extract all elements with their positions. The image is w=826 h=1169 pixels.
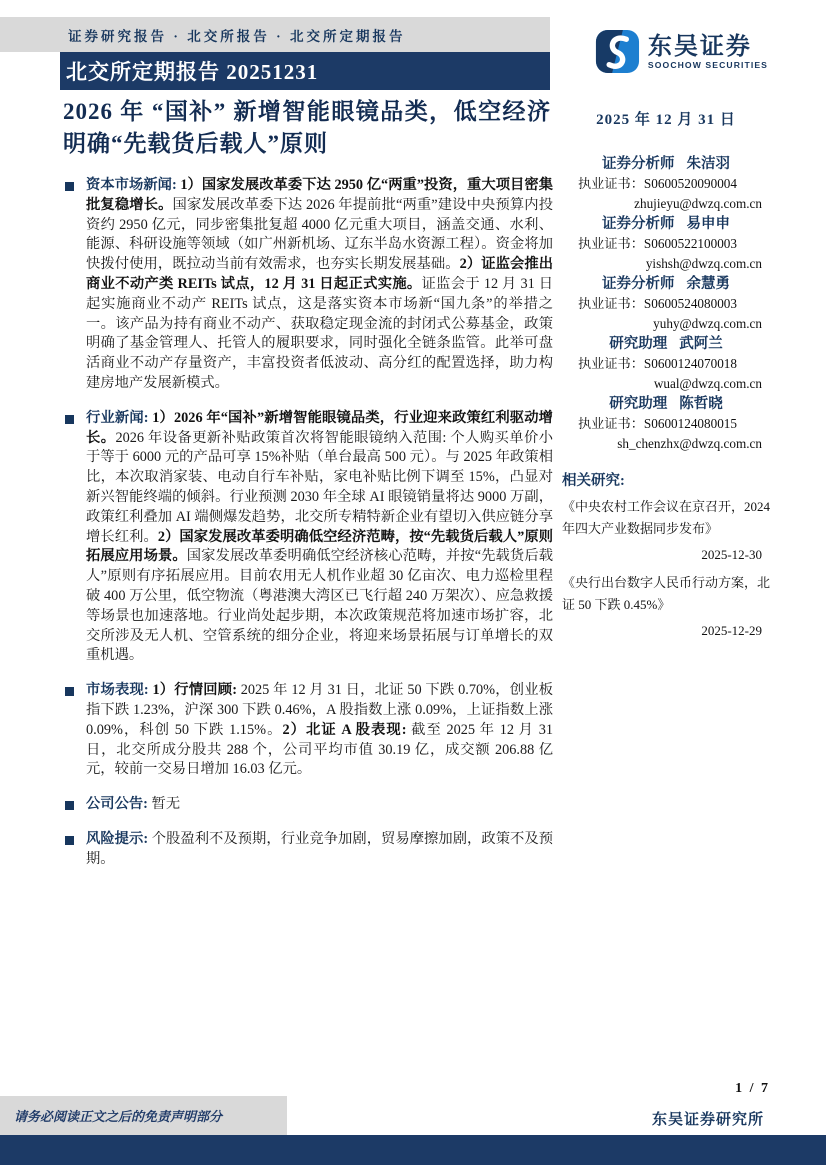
breadcrumb-bar: 证券研究报告 · 北交所报告 · 北交所定期报告 — [0, 17, 550, 52]
bullet-text-run: 个股盈利不及预期，行业竞争加剧，贸易摩擦加剧，政策不及预期。 — [86, 831, 553, 867]
bullet-text-run: 1）行情回顾: — [152, 682, 240, 698]
disclaimer-text: 请务必阅读正文之后的免责声明部分 — [14, 1106, 222, 1125]
bottom-navy-bar — [0, 1135, 826, 1165]
related-research-date: 2025-12-30 — [562, 544, 770, 566]
analyst-entry: 证券分析师易申申执业证书：S0600522100003yishsh@dwzq.c… — [562, 214, 770, 274]
analyst-email[interactable]: wual@dwzq.com.cn — [562, 374, 770, 394]
breadcrumb: 证券研究报告 · 北交所报告 · 北交所定期报告 — [68, 25, 406, 45]
bullet-text-run: 暂无 — [152, 796, 181, 812]
analyst-role: 证券分析师 — [602, 216, 675, 232]
analyst-list: 证券分析师朱洁羽执业证书：S0600520090004zhujieyu@dwzq… — [562, 154, 770, 454]
related-research-heading: 相关研究: — [562, 470, 770, 492]
bullet-text-run: 证监会于 12 月 31 日起实施商业不动产 REITs 试点，这是落实资本市场… — [86, 276, 553, 391]
analyst-role: 证券分析师 — [602, 276, 675, 292]
bullet-text-run: 2）北证 A 股表现: — [282, 722, 411, 738]
brand-block: 东吴证券 SOOCHOW SECURITIES — [562, 28, 770, 75]
analyst-role: 研究助理 — [609, 336, 667, 352]
soochow-logo-icon — [594, 28, 641, 75]
bullet-paragraph: 资本市场新闻: 1）国家发展改革委下达 2950 亿“两重”投资，重大项目密集批… — [86, 176, 553, 394]
analyst-entry: 证券分析师余慧勇执业证书：S0600524080003yuhy@dwzq.com… — [562, 274, 770, 334]
related-research-title[interactable]: 《央行出台数字人民币行动方案，北证 50 下跌 0.45%》 — [562, 572, 770, 616]
analyst-name: 武阿兰 — [679, 336, 723, 352]
analyst-role: 研究助理 — [609, 396, 667, 412]
bullet-paragraph: 公司公告: 暂无 — [86, 795, 180, 815]
report-title: 2026 年 “国补” 新增智能眼镜品类，低空经济明确“先载货后载人”原则 — [63, 96, 551, 160]
related-research: 相关研究: 《中央农村工作会议在京召开，2024年四大产业数据同步发布》2025… — [562, 470, 770, 642]
bullet-label: 公司公告: — [86, 796, 152, 812]
analyst-email[interactable]: sh_chenzhx@dwzq.com.cn — [562, 434, 770, 454]
analyst-name-row: 研究助理武阿兰 — [562, 334, 770, 354]
bullet-square-icon — [65, 415, 74, 424]
bullet-label: 行业新闻: — [86, 410, 152, 426]
analyst-entry: 研究助理武阿兰执业证书：S0600124070018wual@dwzq.com.… — [562, 334, 770, 394]
analyst-email[interactable]: yishsh@dwzq.com.cn — [562, 254, 770, 274]
analyst-name: 朱洁羽 — [687, 156, 731, 172]
analyst-name: 易申申 — [687, 216, 731, 232]
bullet-square-icon — [65, 687, 74, 696]
related-research-date: 2025-12-29 — [562, 620, 770, 642]
related-research-title[interactable]: 《中央农村工作会议在京召开，2024年四大产业数据同步发布》 — [562, 496, 770, 540]
analyst-role: 证券分析师 — [602, 156, 675, 172]
brand-name: 东吴证券 SOOCHOW SECURITIES — [648, 34, 768, 70]
brand-name-en: SOOCHOW SECURITIES — [648, 60, 768, 70]
analyst-name-row: 研究助理陈哲晓 — [562, 394, 770, 414]
report-page: 证券研究报告 · 北交所报告 · 北交所定期报告 北交所定期报告 2025123… — [0, 0, 826, 1169]
analyst-email[interactable]: zhujieyu@dwzq.com.cn — [562, 194, 770, 214]
summary-bullet: 资本市场新闻: 1）国家发展改革委下达 2950 亿“两重”投资，重大项目密集批… — [63, 176, 553, 394]
bullet-text-run: 2026 年设备更新补贴政策首次将智能眼镜纳入范围: 个人购买单价小于等于 60… — [86, 430, 553, 545]
analyst-entry: 研究助理陈哲晓执业证书：S0600124080015sh_chenzhx@dwz… — [562, 394, 770, 454]
analyst-cert: 执业证书：S0600124070018 — [562, 354, 770, 374]
sidebar: 东吴证券 SOOCHOW SECURITIES 2025 年 12 月 31 日… — [562, 28, 770, 648]
summary-bullet-list: 资本市场新闻: 1）国家发展改革委下达 2950 亿“两重”投资，重大项目密集批… — [63, 176, 553, 885]
bullet-square-icon — [65, 182, 74, 191]
bullet-paragraph: 风险提示: 个股盈利不及预期，行业竞争加剧，贸易摩擦加剧，政策不及预期。 — [86, 830, 553, 870]
analyst-cert: 执业证书：S0600520090004 — [562, 174, 770, 194]
bullet-square-icon — [65, 801, 74, 810]
summary-bullet: 公司公告: 暂无 — [63, 795, 553, 815]
bullet-text-run: 国家发展改革委明确低空经济核心范畴，并按“先载货后载人”原则有序拓展应用。目前农… — [86, 548, 553, 663]
analyst-name-row: 证券分析师余慧勇 — [562, 274, 770, 294]
disclaimer-box: 请务必阅读正文之后的免责声明部分 — [0, 1096, 287, 1135]
analyst-name: 陈哲晓 — [679, 396, 723, 412]
research-institute-label: 东吴证券研究所 — [652, 1108, 764, 1129]
summary-bullet: 市场表现: 1）行情回顾: 2025 年 12 月 31 日，北证 50 下跌 … — [63, 681, 553, 780]
bullet-label: 市场表现: — [86, 682, 152, 698]
analyst-name: 余慧勇 — [687, 276, 731, 292]
summary-bullet: 行业新闻: 1）2026 年“国补”新增智能眼镜品类，行业迎来政策红利驱动增长。… — [63, 409, 553, 666]
analyst-name-row: 证券分析师朱洁羽 — [562, 154, 770, 174]
analyst-name-row: 证券分析师易申申 — [562, 214, 770, 234]
bullet-paragraph: 行业新闻: 1）2026 年“国补”新增智能眼镜品类，行业迎来政策红利驱动增长。… — [86, 409, 553, 666]
brand-name-cn: 东吴证券 — [648, 34, 768, 60]
bullet-label: 资本市场新闻: — [86, 177, 180, 193]
bullet-label: 风险提示: — [86, 831, 152, 847]
analyst-cert: 执业证书：S0600124080015 — [562, 414, 770, 434]
report-date: 2025 年 12 月 31 日 — [562, 108, 770, 129]
analyst-entry: 证券分析师朱洁羽执业证书：S0600520090004zhujieyu@dwzq… — [562, 154, 770, 214]
page-number: 1 / 7 — [735, 1081, 770, 1097]
bullet-paragraph: 市场表现: 1）行情回顾: 2025 年 12 月 31 日，北证 50 下跌 … — [86, 681, 553, 780]
report-type-label: 北交所定期报告 20251231 — [66, 56, 318, 86]
related-research-list: 《中央农村工作会议在京召开，2024年四大产业数据同步发布》2025-12-30… — [562, 496, 770, 642]
analyst-email[interactable]: yuhy@dwzq.com.cn — [562, 314, 770, 334]
bullet-square-icon — [65, 836, 74, 845]
report-type-banner: 北交所定期报告 20251231 — [60, 52, 550, 90]
analyst-cert: 执业证书：S0600524080003 — [562, 294, 770, 314]
analyst-cert: 执业证书：S0600522100003 — [562, 234, 770, 254]
summary-bullet: 风险提示: 个股盈利不及预期，行业竞争加剧，贸易摩擦加剧，政策不及预期。 — [63, 830, 553, 870]
